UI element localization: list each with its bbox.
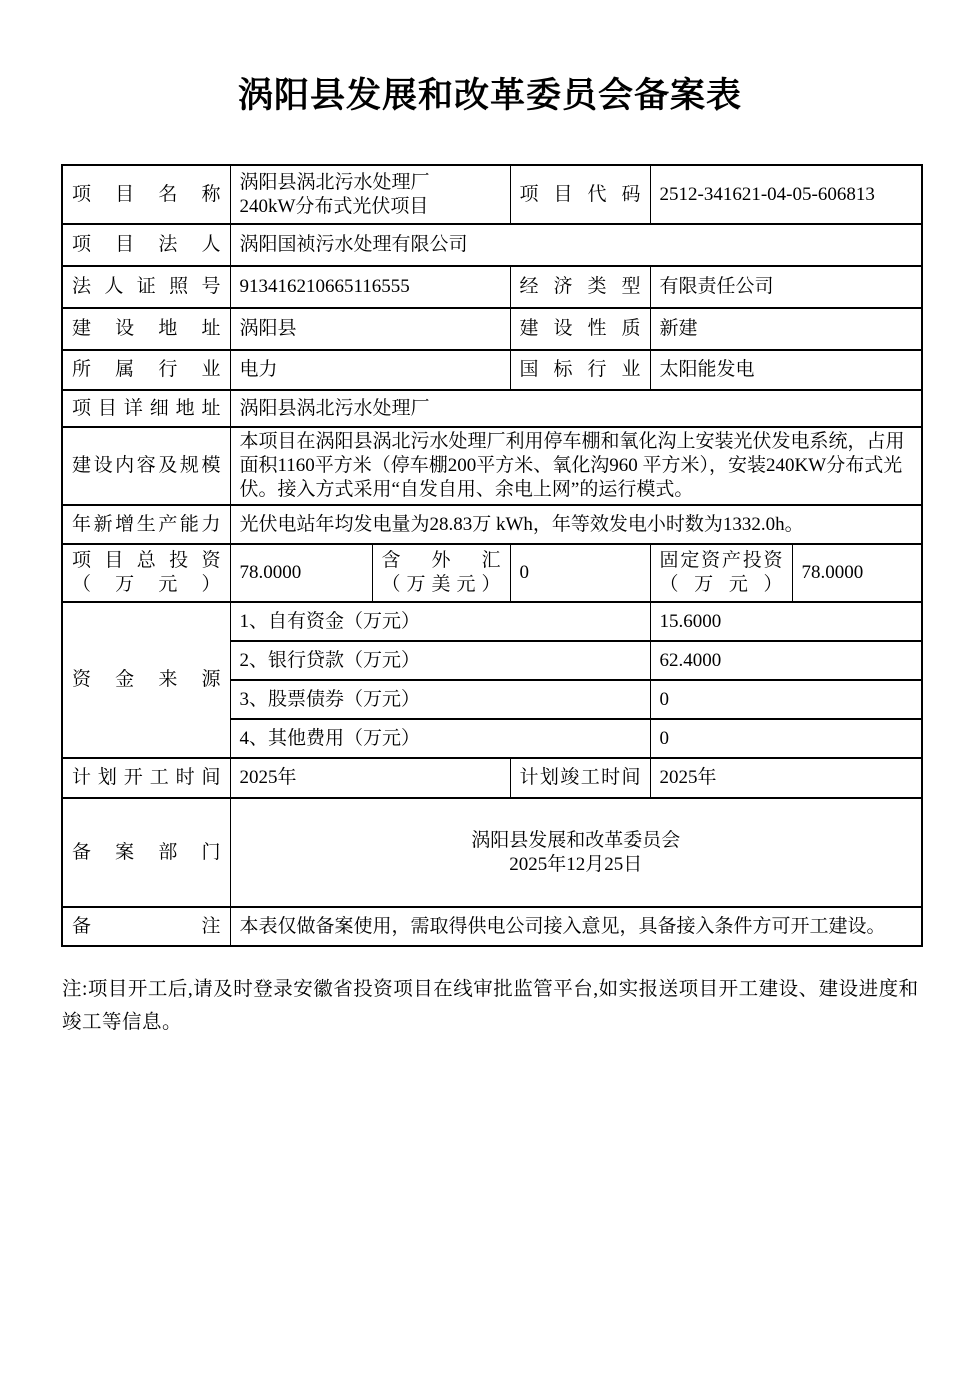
construction-address-value: 涡阳县 [230,308,510,350]
project-code-value: 2512-341621-04-05-606813 [650,165,922,224]
construction-nature-value: 新建 [650,308,922,350]
filing-department-label: 备案部门 [62,798,230,907]
planned-start-value: 2025年 [230,758,510,798]
row-remarks: 备注 本表仅做备案使用，需取得供电公司接入意见，具备接入条件方可开工建设。 [62,907,922,946]
row-planned-dates: 计划开工时间 2025年 计划竣工时间 2025年 [62,758,922,798]
project-name-value: 涡阳县涡北污水处理厂 240kW分布式光伏项目 [230,165,510,224]
foreign-exchange-value: 0 [510,544,650,602]
total-investment-value: 78.0000 [230,544,372,602]
fixed-asset-investment-value: 78.0000 [792,544,922,602]
funding-item-2-value: 62.4000 [650,641,922,680]
row-filing-department: 备案部门 涡阳县发展和改革委员会 2025年12月25日 [62,798,922,907]
detailed-address-label: 项目详细地址 [62,390,230,427]
construction-content-label: 建设内容及规模 [62,427,230,505]
planned-start-label: 计划开工时间 [62,758,230,798]
row-detailed-address: 项目详细地址 涡阳县涡北污水处理厂 [62,390,922,427]
row-project-name: 项目名称 涡阳县涡北污水处理厂 240kW分布式光伏项目 项目代码 2512-3… [62,165,922,224]
document-title: 涡阳县发展和改革委员会备案表 [0,0,980,118]
row-legal-person: 项目法人 涡阳国祯污水处理有限公司 [62,224,922,266]
construction-nature-label: 建设性质 [510,308,650,350]
fixed-asset-investment-label: 固定资产投资 （万元） [650,544,792,602]
license-no-label: 法人证照号 [62,266,230,308]
funding-item-1-value: 15.6000 [650,602,922,641]
document-page: 涡阳县发展和改革委员会备案表 项目名称 涡阳县涡北污水处理厂 240kW分布式光… [0,0,980,1387]
national-industry-value: 太阳能发电 [650,350,922,390]
economic-type-label: 经济类型 [510,266,650,308]
row-total-investment: 项目总投资 （万元） 78.0000 含外汇 （万美元） 0 固定资产投资 （万… [62,544,922,602]
funding-item-1-name: 1、自有资金（万元） [230,602,650,641]
row-funding-item-1: 资金来源 1、自有资金（万元） 15.6000 [62,602,922,641]
row-annual-capacity: 年新增生产能力 光伏电站年均发电量为28.83万 kWh，年等效发电小时数为13… [62,505,922,544]
registration-table: 项目名称 涡阳县涡北污水处理厂 240kW分布式光伏项目 项目代码 2512-3… [61,164,923,947]
row-license-no: 法人证照号 913416210665116555 经济类型 有限责任公司 [62,266,922,308]
industry-label: 所属行业 [62,350,230,390]
funding-item-2-name: 2、银行贷款（万元） [230,641,650,680]
project-name-label: 项目名称 [62,165,230,224]
project-code-label: 项目代码 [510,165,650,224]
annual-capacity-label: 年新增生产能力 [62,505,230,544]
construction-content-value: 本项目在涡阳县涡北污水处理厂利用停车棚和氧化沟上安装光伏发电系统，占用面积116… [230,427,922,505]
economic-type-value: 有限责任公司 [650,266,922,308]
planned-completion-label: 计划竣工时间 [510,758,650,798]
funding-item-4-name: 4、其他费用（万元） [230,719,650,758]
filing-department-value: 涡阳县发展和改革委员会 2025年12月25日 [230,798,922,907]
planned-completion-value: 2025年 [650,758,922,798]
row-industry: 所属行业 电力 国标行业 太阳能发电 [62,350,922,390]
detailed-address-value: 涡阳县涡北污水处理厂 [230,390,922,427]
industry-value: 电力 [230,350,510,390]
total-investment-label: 项目总投资 （万元） [62,544,230,602]
funding-source-label: 资金来源 [62,602,230,758]
remarks-label: 备注 [62,907,230,946]
license-no-value: 913416210665116555 [230,266,510,308]
row-construction-content: 建设内容及规模 本项目在涡阳县涡北污水处理厂利用停车棚和氧化沟上安装光伏发电系统… [62,427,922,505]
annual-capacity-value: 光伏电站年均发电量为28.83万 kWh，年等效发电小时数为1332.0h。 [230,505,922,544]
legal-person-label: 项目法人 [62,224,230,266]
funding-item-4-value: 0 [650,719,922,758]
footer-note: 注:项目开工后,请及时登录安徽省投资项目在线审批监管平台,如实报送项目开工建设、… [62,973,922,1039]
funding-item-3-name: 3、股票债券（万元） [230,680,650,719]
funding-item-3-value: 0 [650,680,922,719]
national-industry-label: 国标行业 [510,350,650,390]
construction-address-label: 建设地址 [62,308,230,350]
remarks-value: 本表仅做备案使用，需取得供电公司接入意见，具备接入条件方可开工建设。 [230,907,922,946]
foreign-exchange-label: 含外汇 （万美元） [372,544,510,602]
row-construction-address: 建设地址 涡阳县 建设性质 新建 [62,308,922,350]
legal-person-value: 涡阳国祯污水处理有限公司 [230,224,922,266]
